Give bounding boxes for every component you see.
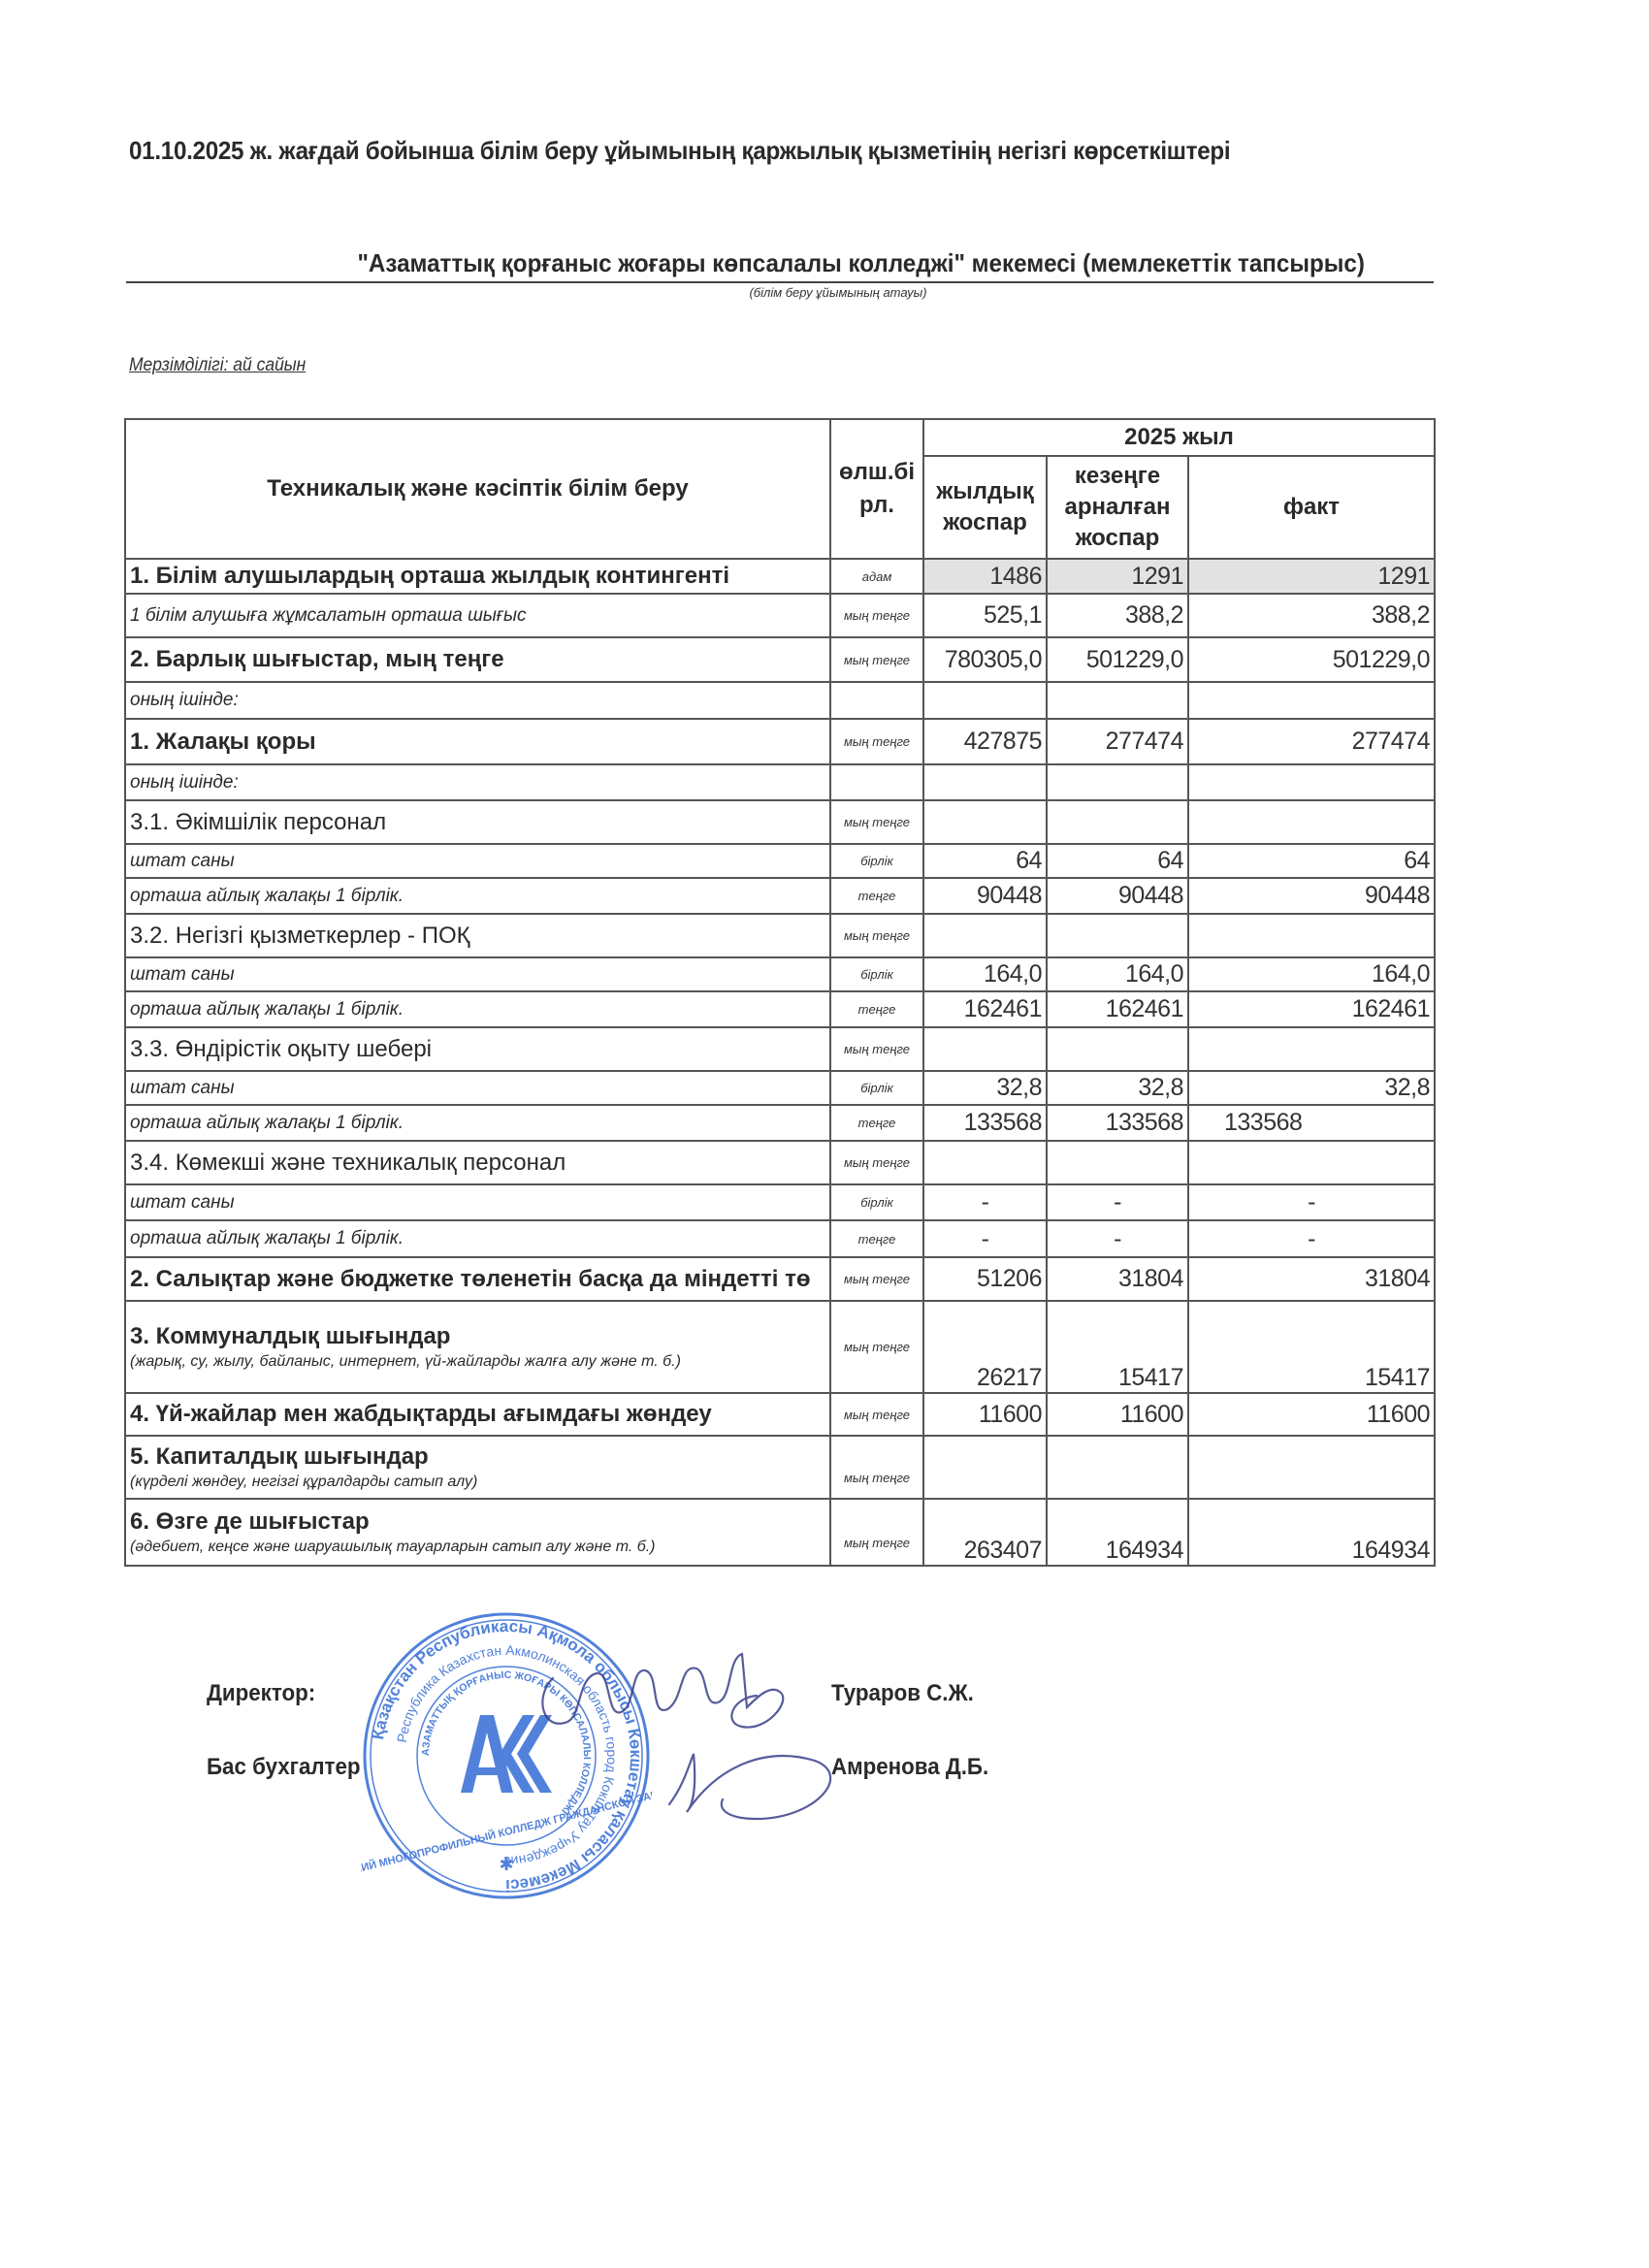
table-row: 2. Барлық шығыстар, мың теңгемың теңге78… [125,637,1435,682]
cell-period-plan: 277474 [1047,719,1188,764]
cell-period-plan [1047,764,1188,800]
cell-fact [1188,800,1435,844]
table-row: 1. Жалақы қорымың теңге42787527747427747… [125,719,1435,764]
accountant-name: Амренова Д.Б. [831,1754,988,1781]
cell-period-plan: 164934 [1047,1499,1188,1566]
row-label: штат саны [125,1071,830,1105]
cell-fact [1188,682,1435,719]
table-row: штат саныбірлік32,832,832,8 [125,1071,1435,1105]
cell-annual-plan: 26217 [923,1301,1047,1393]
table-row: 1 білім алушыға жұмсалатын орташа шығысм… [125,594,1435,637]
table-row: орташа айлық жалақы 1 бірлік.теңге904489… [125,878,1435,914]
cell-fact [1188,914,1435,957]
cell-fact [1188,1436,1435,1499]
cell-annual-plan: - [923,1220,1047,1257]
header-category: Техникалық және кәсіптік білім беру [125,419,830,559]
director-label: Директор: [207,1680,315,1707]
cell-annual-plan: 51206 [923,1257,1047,1301]
row-unit: мың теңге [830,914,923,957]
row-label: штат саны [125,844,830,878]
row-unit: теңге [830,991,923,1027]
cell-fact: 64 [1188,844,1435,878]
cell-period-plan: 133568 [1047,1105,1188,1141]
cell-period-plan [1047,1027,1188,1071]
cell-annual-plan: 164,0 [923,957,1047,991]
cell-period-plan: 162461 [1047,991,1188,1027]
table-row: 2. Салықтар және бюджетке төленетін басқ… [125,1257,1435,1301]
table-row: 3.3. Өндірістік оқыту шеберімың теңге [125,1027,1435,1071]
cell-fact: 11600 [1188,1393,1435,1436]
organization-caption: (білім беру ұйымының атауы) [126,285,1434,300]
cell-annual-plan: 133568 [923,1105,1047,1141]
row-unit: мың теңге [830,719,923,764]
row-label: 4. Үй-жайлар мен жабдықтарды ағымдағы жө… [125,1393,830,1436]
header-annual-plan: жылдық жоспар [923,456,1047,559]
row-unit: бірлік [830,1071,923,1105]
row-unit [830,682,923,719]
row-label: 5. Капиталдық шығындар(күрделі жөндеу, н… [125,1436,830,1499]
row-label: 3. Коммуналдық шығындар(жарық, су, жылу,… [125,1301,830,1393]
cell-fact: 15417 [1188,1301,1435,1393]
row-unit: мың теңге [830,1499,923,1566]
row-label: 3.3. Өндірістік оқыту шебері [125,1027,830,1071]
cell-period-plan: 90448 [1047,878,1188,914]
cell-annual-plan [923,800,1047,844]
signature-icon [524,1639,834,1843]
table-row: 3.1. Әкімшілік персоналмың теңге [125,800,1435,844]
cell-period-plan [1047,800,1188,844]
cell-period-plan: - [1047,1184,1188,1220]
cell-annual-plan [923,1141,1047,1184]
cell-period-plan: 501229,0 [1047,637,1188,682]
cell-period-plan: 15417 [1047,1301,1188,1393]
cell-fact [1188,1141,1435,1184]
row-label: орташа айлық жалақы 1 бірлік. [125,878,830,914]
row-unit: мың теңге [830,637,923,682]
row-label: штат саны [125,957,830,991]
accountant-label: Бас бухгалтер [207,1754,361,1781]
cell-annual-plan [923,764,1047,800]
cell-fact: 133568 [1188,1105,1435,1141]
cell-annual-plan [923,682,1047,719]
cell-annual-plan [923,1436,1047,1499]
row-unit: мың теңге [830,594,923,637]
row-label: оның ішінде: [125,682,830,719]
row-label: 3.2. Негізгі қызметкерлер - ПОҚ [125,914,830,957]
row-unit: мың теңге [830,1257,923,1301]
row-unit: мың теңге [830,1141,923,1184]
row-label-main: 3. Коммуналдық шығындар [130,1322,825,1351]
table-row: штат саныбірлік--- [125,1184,1435,1220]
row-unit: бірлік [830,1184,923,1220]
cell-annual-plan: 427875 [923,719,1047,764]
row-label-note: (әдебиет, кеңсе және шаруашылық тауарлар… [130,1537,825,1558]
header-year: 2025 жыл [923,419,1435,456]
cell-period-plan [1047,914,1188,957]
row-label: 6. Өзге де шығыстар(әдебиет, кеңсе және … [125,1499,830,1566]
row-unit: мың теңге [830,1027,923,1071]
cell-fact: - [1188,1220,1435,1257]
header-fact: факт [1188,456,1435,559]
director-name: Тураров С.Ж. [831,1680,974,1707]
document-title: 01.10.2025 ж. жағдай бойынша білім беру … [129,136,1230,166]
row-unit: бірлік [830,957,923,991]
cell-period-plan: 164,0 [1047,957,1188,991]
row-label-main: 5. Капиталдық шығындар [130,1442,825,1472]
row-label: 1 білім алушыға жұмсалатын орташа шығыс [125,594,830,637]
cell-annual-plan: 1486 [923,559,1047,594]
table-row: 3.2. Негізгі қызметкерлер - ПОҚмың теңге [125,914,1435,957]
row-unit: адам [830,559,923,594]
cell-fact: 90448 [1188,878,1435,914]
cell-period-plan: 388,2 [1047,594,1188,637]
organization-name: "Азаматтық қорғаныс жоғары көпсалалы кол… [172,248,1388,278]
cell-fact: 31804 [1188,1257,1435,1301]
table-row: орташа айлық жалақы 1 бірлік.теңге133568… [125,1105,1435,1141]
row-unit [830,764,923,800]
cell-period-plan: - [1047,1220,1188,1257]
row-label: 3.4. Көмекші және техникалық персонал [125,1141,830,1184]
cell-fact: - [1188,1184,1435,1220]
row-unit: теңге [830,878,923,914]
table-row: штат саныбірлік164,0164,0164,0 [125,957,1435,991]
row-label: 1. Жалақы қоры [125,719,830,764]
table-row: оның ішінде: [125,682,1435,719]
cell-annual-plan: 525,1 [923,594,1047,637]
cell-annual-plan: 263407 [923,1499,1047,1566]
cell-annual-plan: 90448 [923,878,1047,914]
cell-fact: 32,8 [1188,1071,1435,1105]
cell-annual-plan: 64 [923,844,1047,878]
cell-period-plan [1047,1436,1188,1499]
row-label: 1. Білім алушылардың орташа жылдық конти… [125,559,830,594]
row-label: орташа айлық жалақы 1 бірлік. [125,1220,830,1257]
table-row: 4. Үй-жайлар мен жабдықтарды ағымдағы жө… [125,1393,1435,1436]
row-label: орташа айлық жалақы 1 бірлік. [125,991,830,1027]
cell-period-plan [1047,1141,1188,1184]
table-row: орташа айлық жалақы 1 бірлік.теңге--- [125,1220,1435,1257]
cell-period-plan: 1291 [1047,559,1188,594]
row-label: оның ішінде: [125,764,830,800]
cell-fact [1188,764,1435,800]
cell-period-plan: 64 [1047,844,1188,878]
cell-annual-plan: 162461 [923,991,1047,1027]
row-label-note: (күрделі жөндеу, негізгі құралдарды саты… [130,1472,825,1493]
cell-fact: 388,2 [1188,594,1435,637]
cell-fact [1188,1027,1435,1071]
cell-annual-plan: 32,8 [923,1071,1047,1105]
financial-indicators-table: Техникалық және кәсіптік білім беру өлш.… [124,418,1436,1567]
periodicity-label: Мерзімділігі: ай сайын [129,355,306,376]
row-unit: теңге [830,1105,923,1141]
cell-fact: 277474 [1188,719,1435,764]
row-label: 2. Салықтар және бюджетке төленетін басқ… [125,1257,830,1301]
header-period-plan: кезеңге арналған жоспар [1047,456,1188,559]
cell-fact: 162461 [1188,991,1435,1027]
table-row: 6. Өзге де шығыстар(әдебиет, кеңсе және … [125,1499,1435,1566]
cell-period-plan [1047,682,1188,719]
row-label: 3.1. Әкімшілік персонал [125,800,830,844]
row-label-note: (жарық, су, жылу, байланыс, интернет, үй… [130,1351,825,1373]
organization-line: "Азаматтық қорғаныс жоғары көпсалалы кол… [126,248,1434,283]
table-row: оның ішінде: [125,764,1435,800]
row-label-main: 6. Өзге де шығыстар [130,1507,825,1537]
row-unit: мың теңге [830,1393,923,1436]
cell-fact: 164,0 [1188,957,1435,991]
row-label: орташа айлық жалақы 1 бірлік. [125,1105,830,1141]
table-row: штат саныбірлік646464 [125,844,1435,878]
row-unit: теңге [830,1220,923,1257]
cell-annual-plan: 11600 [923,1393,1047,1436]
table-row: 5. Капиталдық шығындар(күрделі жөндеу, н… [125,1436,1435,1499]
cell-period-plan: 11600 [1047,1393,1188,1436]
cell-fact: 164934 [1188,1499,1435,1566]
cell-fact: 1291 [1188,559,1435,594]
row-unit: мың теңге [830,1301,923,1393]
table-row: 3.4. Көмекші және техникалық персоналмың… [125,1141,1435,1184]
cell-fact: 501229,0 [1188,637,1435,682]
cell-annual-plan: - [923,1184,1047,1220]
row-unit: мың теңге [830,1436,923,1499]
cell-period-plan: 31804 [1047,1257,1188,1301]
cell-period-plan: 32,8 [1047,1071,1188,1105]
cell-annual-plan: 780305,0 [923,637,1047,682]
row-unit: мың теңге [830,800,923,844]
table-row: орташа айлық жалақы 1 бірлік.теңге162461… [125,991,1435,1027]
header-unit: өлш.бі рл. [830,419,923,559]
table-row: 3. Коммуналдық шығындар(жарық, су, жылу,… [125,1301,1435,1393]
row-label: штат саны [125,1184,830,1220]
cell-annual-plan [923,1027,1047,1071]
row-unit: бірлік [830,844,923,878]
row-label: 2. Барлық шығыстар, мың теңге [125,637,830,682]
svg-text:✱: ✱ [499,1855,513,1874]
table-row: 1. Білім алушылардың орташа жылдық конти… [125,559,1435,594]
cell-annual-plan [923,914,1047,957]
